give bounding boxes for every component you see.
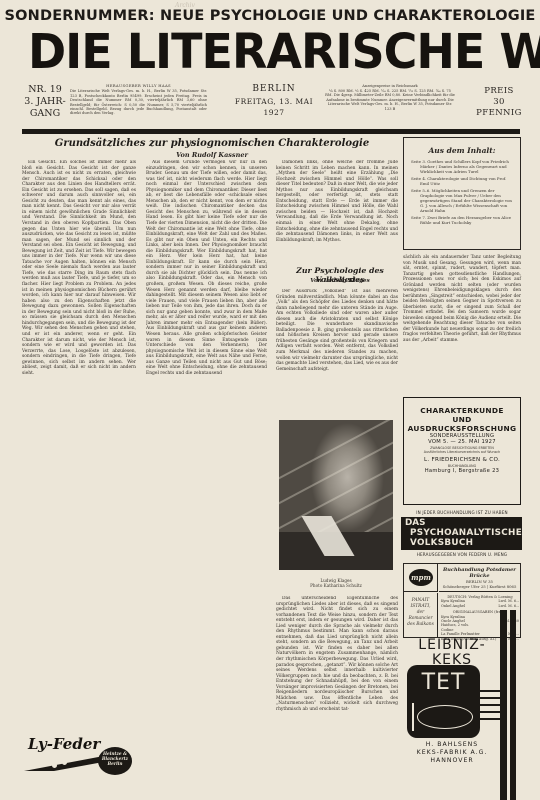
dateline: BERLIN FREITAG, 13. MAI 1927 [230, 84, 318, 119]
ad-buchhandlung-header: Buchhandlung Potsdamer Brücke BERLIN W 3… [439, 564, 520, 592]
ad-buchhandlung-name: Buchhandlung Potsdamer Brücke [439, 567, 520, 579]
toc-item[interactable]: Seite 5–6. Möglichkeiten und Grenzen der… [411, 188, 513, 213]
article-2-intro-text: Der Ausdruck „Volkslied“ ist aus mehrere… [276, 289, 398, 372]
article-2-body-text: Das unterscheidend Eigentümliche des urs… [276, 596, 398, 712]
toc-item[interactable]: Seite 7. Zwei Briefe an den Herausgeber … [411, 215, 513, 225]
ad-charakterkunde-address: Hamburg I, Bergstraße 23 [404, 468, 520, 474]
keks-ad-lines [478, 690, 502, 730]
book-title: Onkel Anghel [441, 604, 465, 608]
masthead-info-row: NR. 19 3. JAHR- GANG HERAUSGEBER WILLY H… [0, 84, 540, 132]
ad-buchhandlung-logo-cell: mpm [404, 564, 438, 592]
article-2-intro: Der Ausdruck „Volkslied“ ist aus mehrere… [276, 289, 398, 415]
price-unit: PFENNIG [470, 108, 528, 119]
dateline-city: BERLIN [230, 84, 318, 96]
bookshop-logo-icon: mpm [409, 569, 433, 586]
dateline-year: 1927 [230, 107, 318, 119]
article-1-author: Von Rudolf Kassner [22, 151, 402, 159]
toc-item[interactable]: Seite 3. Goethes und Schillers Kopf von … [411, 159, 513, 174]
masthead-rule [22, 129, 520, 134]
toc-item[interactable]: Seite 4. Charakterologie und Dichtung vo… [411, 176, 513, 186]
imprint-text: Die Literarische Welt Verlags-Ges. m. b.… [70, 89, 207, 115]
ad-keks-maker-line1: H. BAHLSENS [407, 741, 497, 749]
tet-logo-text: TET [407, 665, 480, 695]
article-2-continuation: sächlich als ein andauernder Tanz unter … [403, 255, 521, 343]
article-2-author: Von Ludwig Klages [276, 278, 404, 284]
ad-feder-seal: Heintze & Blanckertz Berlin [98, 747, 132, 775]
ad-rates: Anzeigenpreise in Reichsmark ¼ S. 800 RM… [325, 84, 455, 112]
masthead-title: DIE LITERARISCHE WELT [28, 29, 512, 73]
issue-year-cont: GANG [24, 108, 66, 120]
ad-buchhandlung-address: Schöneberger Ufer 25 | Kurfürst 8065 [439, 584, 520, 589]
ad-charakterkunde-line2: UND [404, 415, 520, 424]
ad-charakterkunde-line1: CHARAKTERKUNDE [404, 406, 520, 415]
article-1-title: Grundsätzliches zur physiognomischen Cha… [22, 138, 402, 149]
article-1-column-2: Aus diesem Grunde vermögen wir nur in de… [146, 160, 267, 790]
special-issue-kicker: SONDERNUMMER: NEUE PSYCHOLOGIE UND CHARA… [0, 8, 540, 24]
article-1-column-1-text: Ein Gesicht. Ein solches ist immer mehr … [22, 160, 136, 376]
list-item: Onkel AnghelLwd. M. 6.– [441, 604, 519, 608]
price-label: PREIS [470, 86, 528, 97]
ad-psychoanalyse-bottom: HERAUSGEGEBEN VON FEDERN U. MENG [398, 552, 526, 557]
editor-imprint: HERAUSGEBER WILLY HAAS Die Literarische … [70, 84, 207, 116]
issue-number-block: NR. 19 3. JAHR- GANG [24, 84, 66, 120]
issue-number: NR. 19 [24, 84, 66, 96]
ad-keks-maker-line2: KEKS-FABRIK A.G. [407, 749, 497, 757]
article-1-column-3-text: Dämonen links, ohne welche der fromme Ju… [276, 160, 398, 243]
ad-keks-title: LEIBNIZ- KEKS [404, 638, 500, 668]
ad-ly-feder: Ly-Feder Heintze & Blanckertz Berlin [22, 735, 137, 785]
issue-year: 3. JAHR- [24, 96, 66, 108]
dateline-date: FREITAG, 13. MAI [230, 96, 318, 108]
ad-psychoanalyse-line1: DAS [405, 518, 518, 528]
ad-psychoanalyse-line2: PSYCHOANALYTISCHE [405, 528, 518, 538]
toc-title: Aus dem Inhalt: [411, 146, 513, 155]
ad-buchhandlung-author: PANAIT ISTRATI, der Romancier des Balkan… [404, 593, 438, 637]
article-1-column-1: Ein Gesicht. Ein solches ist immer mehr … [22, 160, 136, 734]
ad-charakterkunde-firm: L. FRIEDERICHSEN & CO. [404, 457, 520, 464]
keks-ad-bar [510, 610, 516, 800]
ad-charakterkunde-line3: AUSDRUCKSFORSCHUNG [404, 424, 520, 433]
photo-caption-credit: Photo Katharina Schultz [279, 583, 393, 588]
photo-caption: Ludwig Klages Photo Katharina Schultz [279, 578, 393, 589]
ad-psychoanalyse-banner: DAS PSYCHOANALYTISCHE VOLKSBUCH [401, 517, 522, 550]
book-price: Lwd. M. 6.– [498, 604, 519, 608]
ad-charakterkunde-line7: Ausführliches Literaturverzeichnis auf W… [404, 450, 520, 454]
portrait-photo-klages [279, 420, 393, 570]
ad-keks-maker: H. BAHLSENS KEKS-FABRIK A.G. HANNOVER [407, 741, 497, 765]
ad-keks-title-line1: LEIBNIZ- [404, 638, 500, 653]
ad-charakterkunde: CHARAKTERKUNDE UND AUSDRUCKSFORSCHUNG SO… [403, 397, 521, 505]
ad-keks-maker-line3: HANNOVER [407, 757, 497, 765]
editor-name: HERAUSGEBER WILLY HAAS [70, 84, 207, 88]
author-line: des Balkans [404, 622, 437, 628]
article-1-column-2-text: Aus diesem Grunde vermögen wir nur in de… [146, 160, 267, 376]
ad-psychoanalyse-line3: VOLKSBUCH [405, 538, 518, 548]
ad-psychoanalyse-top: IN JEDER BUCHHANDLUNG IST ZU HABEN [398, 510, 526, 515]
price-value: 30 [470, 97, 528, 108]
ad-feder-name: Ly-Feder [28, 735, 100, 753]
seal-line: Berlin [98, 762, 132, 767]
table-of-contents-box: Aus dem Inhalt: Seite 3. Goethes und Sch… [403, 137, 521, 250]
ad-rates-text: ¼ S. 800 RM. ⅛ S. 425 RM. ¹⁄₁₆ S. 225 RM… [325, 89, 455, 112]
price-block: PREIS 30 PFENNIG [470, 86, 528, 119]
newspaper-page: Archiv SONDERNUMMER: NEUE PSYCHOLOGIE UN… [0, 0, 540, 800]
tet-logo-icon: TET [407, 665, 480, 738]
article-2-body: Das unterscheidend Eigentümliche des urs… [276, 596, 398, 790]
article-1-column-3: Dämonen links, ohne welche der fromme Ju… [276, 160, 398, 258]
ad-buchhandlung-list: DEUTSCH: Verlag Rütten & Loening Kyra Ky… [441, 595, 519, 641]
